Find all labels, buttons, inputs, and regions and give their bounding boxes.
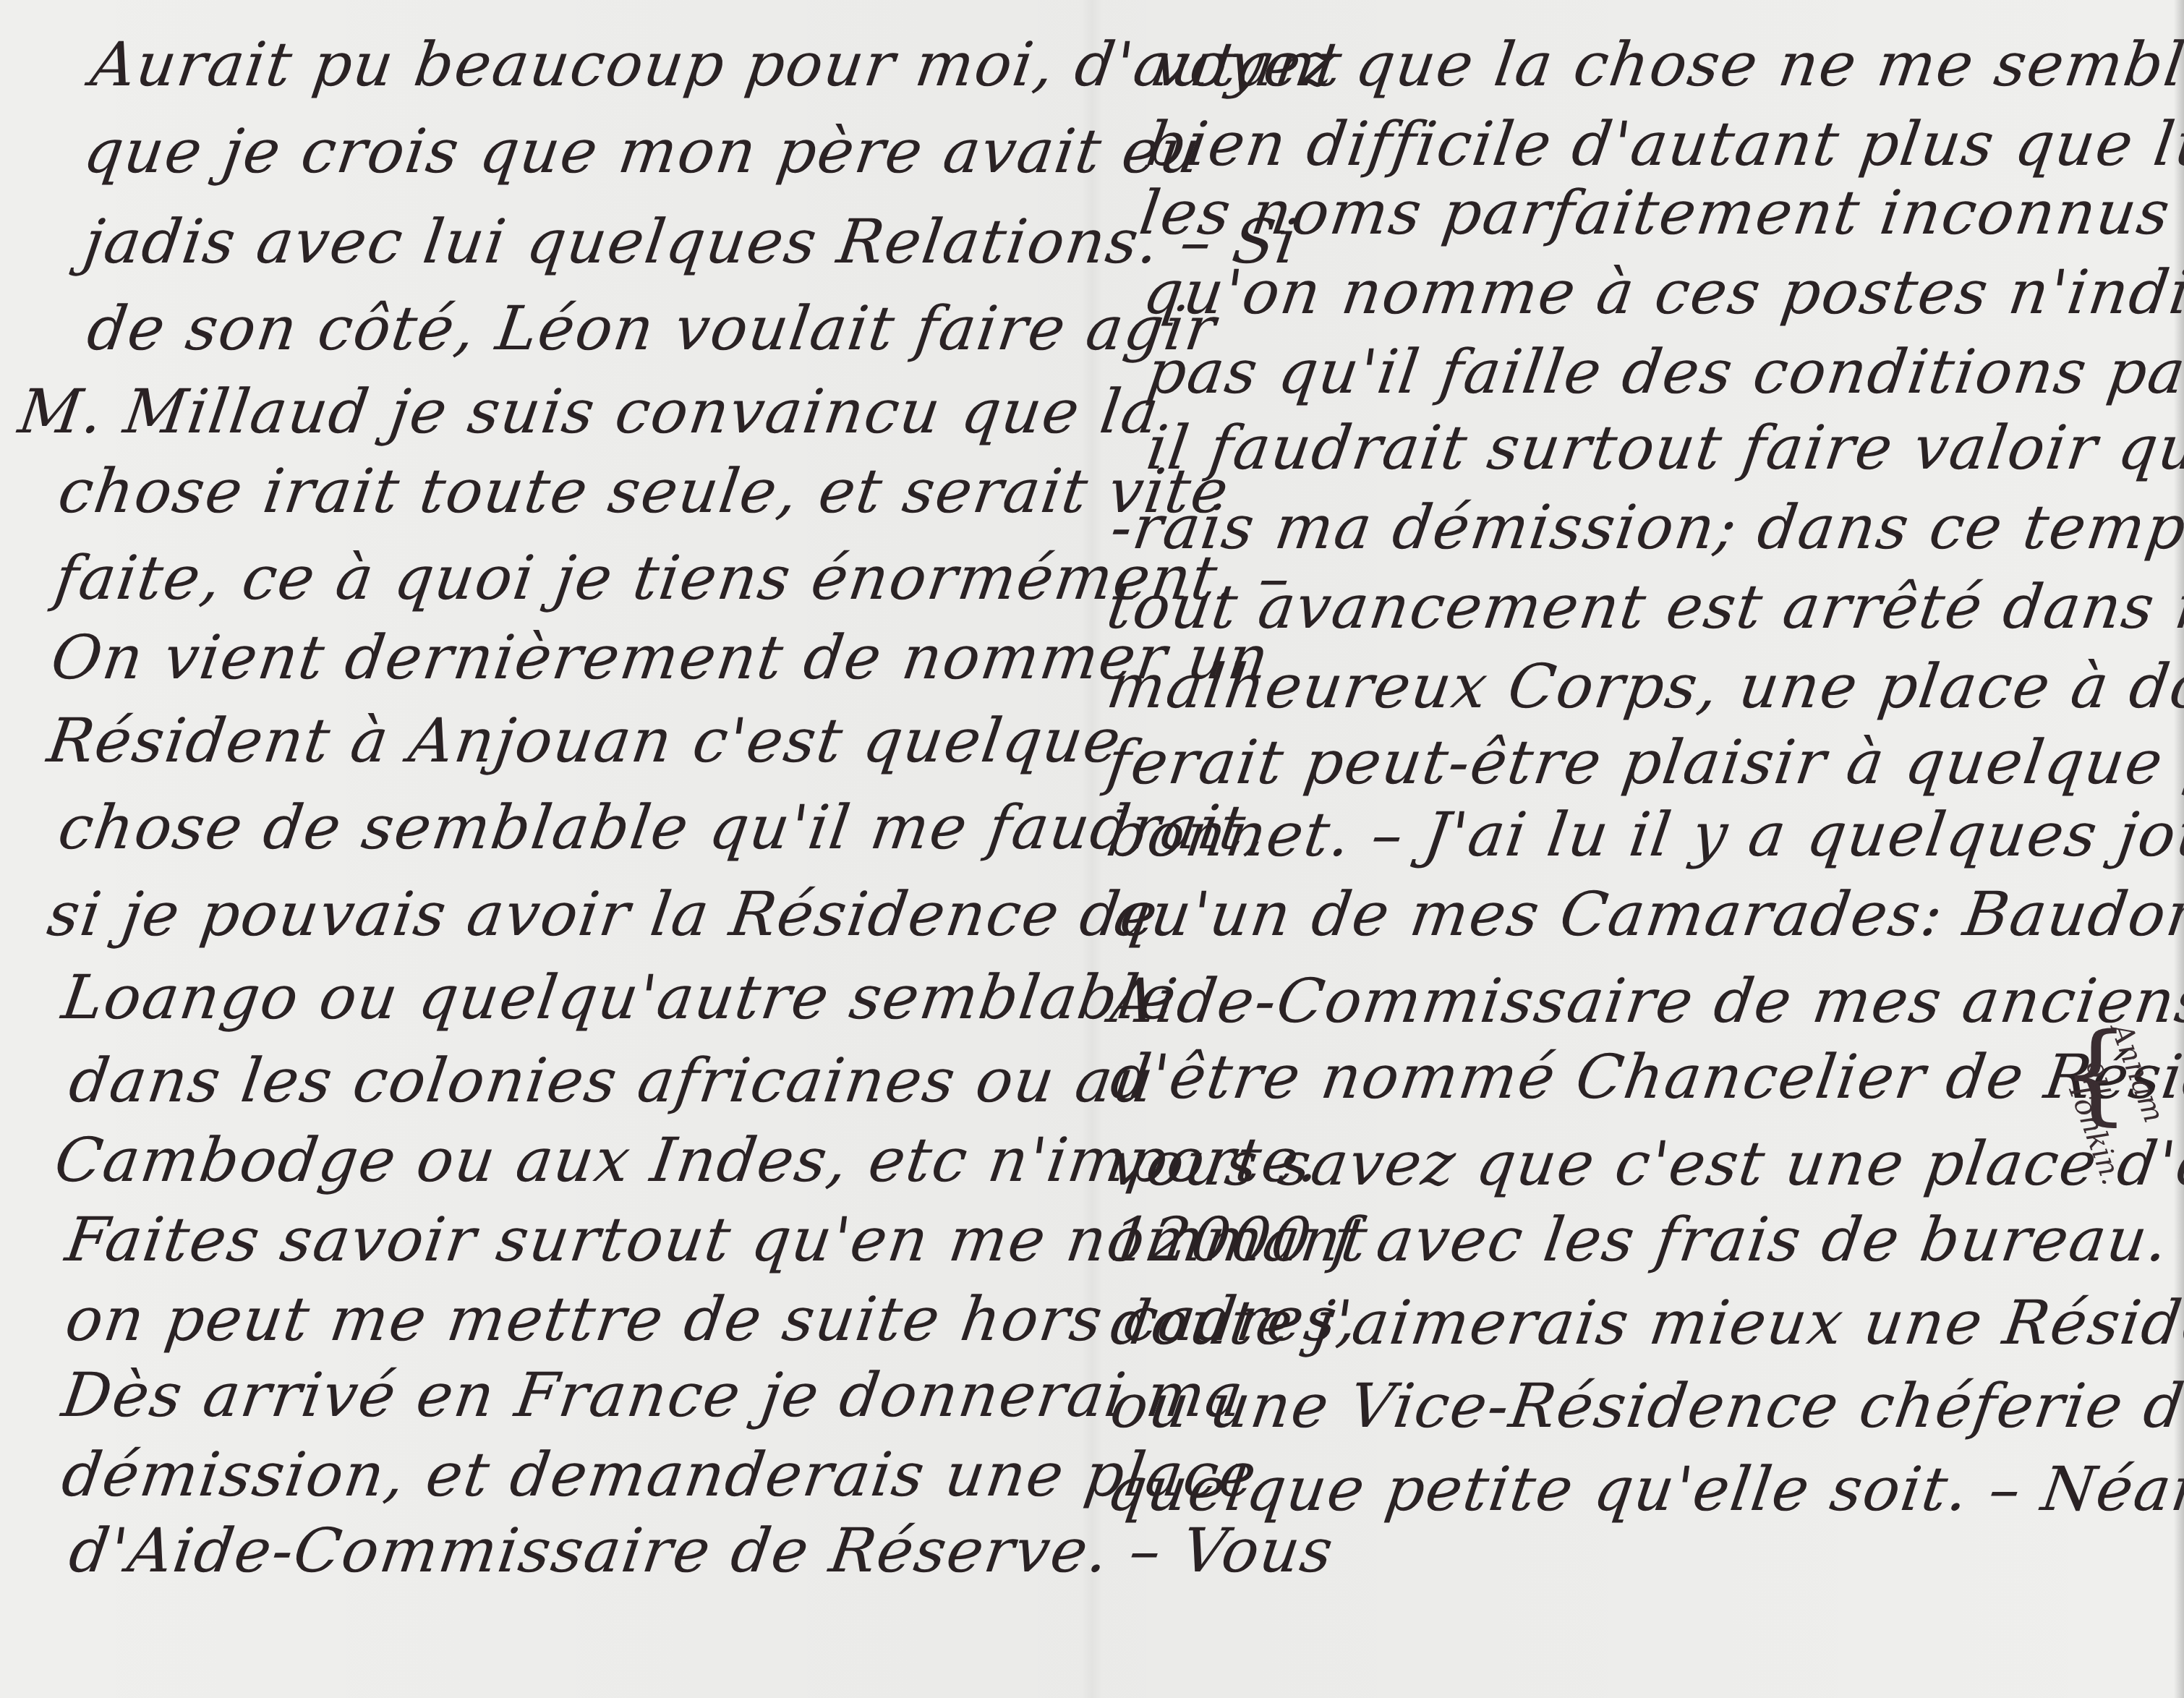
left-line-5: M. Millaud je suis convaincu que la [14,376,1164,447]
left-line-4: de son côté, Léon voulait faire agir [83,293,1221,364]
right-line-3: les noms parfaitement inconnus de ceux [1135,177,2184,248]
right-page: voyez que la chose ne me semble pas bien… [1092,0,2184,1698]
left-line-18: démission, et demanderais une place [58,1439,1262,1510]
right-line-16: 12000 f avec les frais de bureau. – Sans [1106,1204,2184,1275]
right-line-13: Aide-Commissaire de mes anciens, venait [1106,965,2184,1036]
left-line-9: Résident à Anjouan c'est quelque [43,705,1126,776]
right-line-1: voyez que la chose ne me semble pas [1150,29,2184,100]
right-line-4: qu'on nomme à ces postes n'indiquent [1139,257,2184,328]
right-line-6: il faudrait surtout faire valoir que je … [1143,412,2184,483]
right-line-15: vous savez que c'est une place d'environ [1106,1128,2184,1199]
right-line-10: ferait peut-être plaisir à quelque gros [1103,727,2184,798]
right-line-14: d'être nommé Chancelier de Résidence [1106,1041,2184,1112]
left-line-12: Loango ou quelqu'autre semblable [58,962,1182,1033]
left-page: Aurait pu beaucoup pour moi, d'autant qu… [0,0,1092,1698]
right-line-11: bonnet. – J'ai lu il y a quelques jours [1103,799,2184,870]
right-line-2: bien difficile d'autant plus que lui [1143,108,2184,179]
letter-spread: Aurait pu beaucoup pour moi, d'autant qu… [0,0,2184,1698]
left-line-2: que je crois que mon père avait eu [80,116,1206,187]
right-line-18: ou une Vice-Résidence chéferie de Poste, [1106,1370,2184,1441]
right-line-9: malheureux Corps, une place à donner [1103,651,2184,722]
left-line-13: dans les colonies africaines ou au [65,1045,1159,1116]
left-line-8: On vient dernièrement de nommer un [47,622,1274,693]
right-line-17: doute j'aimerais mieux une Résidence [1106,1287,2184,1358]
left-line-6: chose irait toute seule, et serait vite [54,456,1234,526]
right-line-5: pas qu'il faille des conditions particul… [1143,336,2184,407]
left-line-6-text: chose irait toute seule, et serait vite [54,456,1234,526]
left-line-11: si je pouvais avoir la Résidence de [43,879,1163,950]
right-line-19: quelque petite qu'elle soit. – Néanmoins [1103,1454,2184,1524]
left-line-17: Dès arrivé en France je donnerai ma [58,1360,1249,1430]
right-line-8: tout avancement est arrêté dans notre [1103,571,2184,642]
right-line-7: -rais ma démission; dans ce temps où [1106,492,2184,563]
left-line-10: chose de semblable qu'il me faudrait, [54,792,1271,863]
page-edge-shadow [2174,0,2184,1698]
right-line-12: qu'un de mes Camarades: Baudon [1106,879,2184,950]
